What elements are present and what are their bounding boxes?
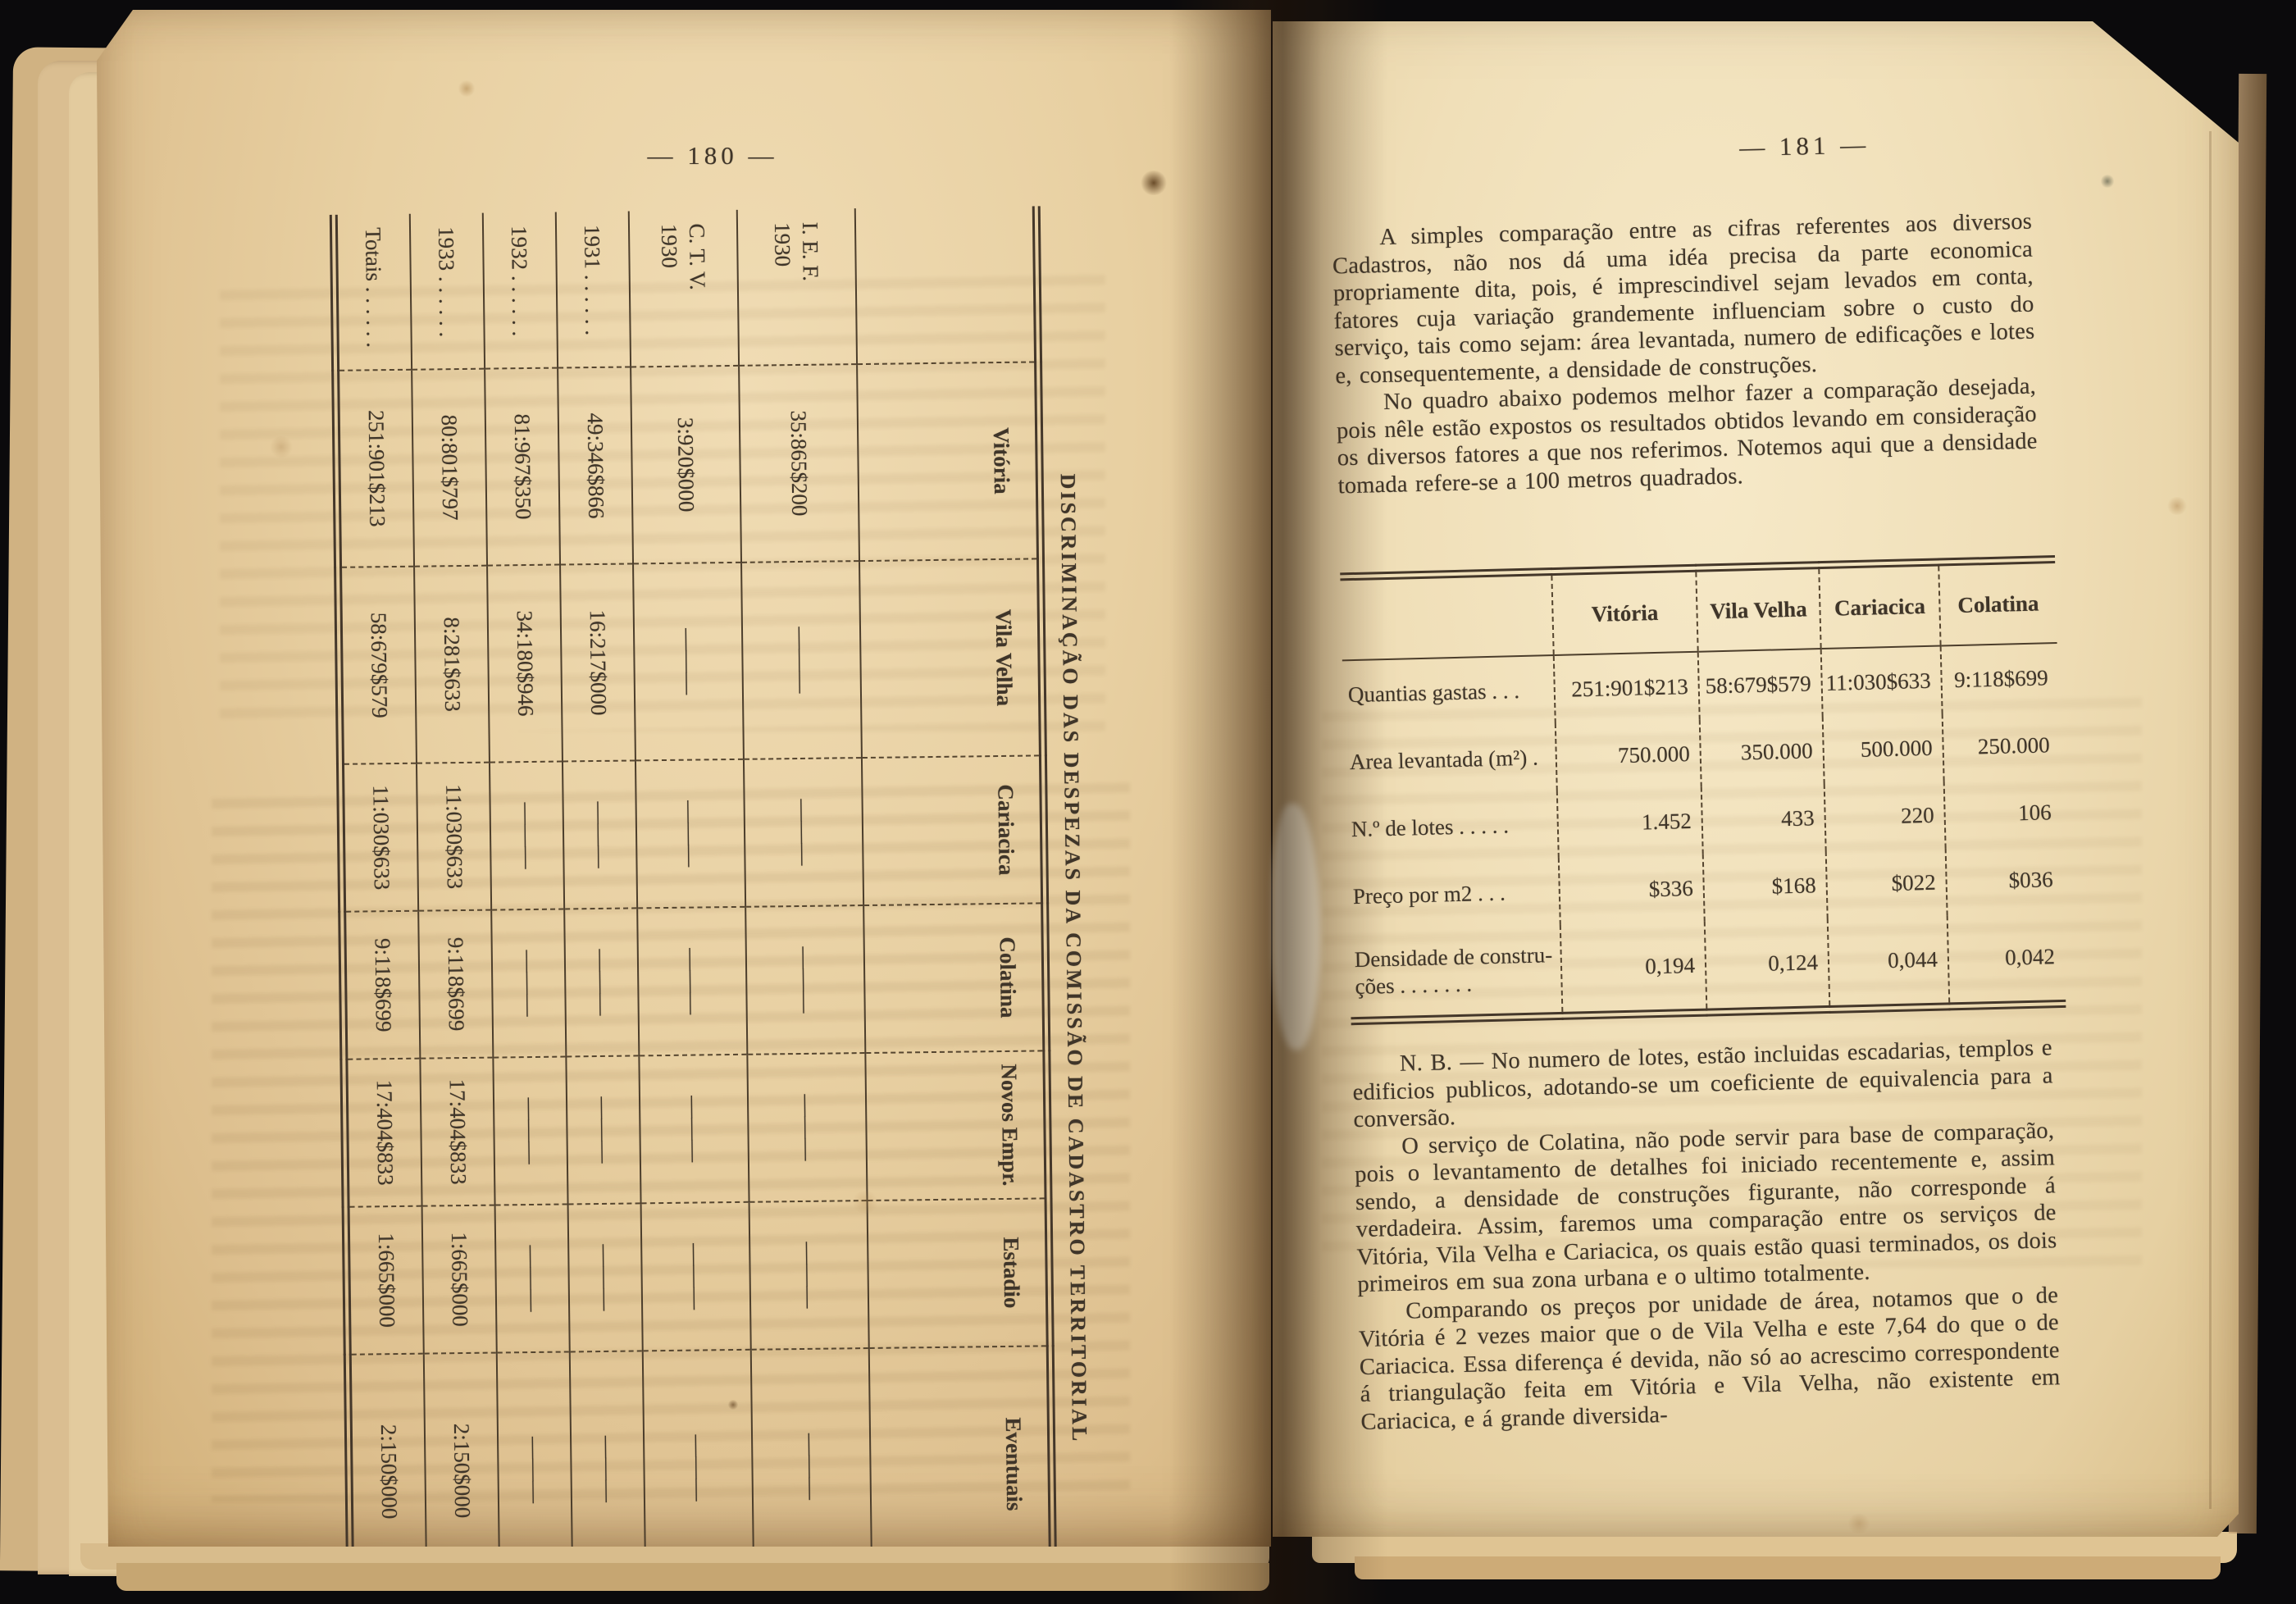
page-number-180: — 180 — xyxy=(585,141,840,171)
cell: 0,042 xyxy=(1947,913,2066,1006)
cell: 250.000 xyxy=(1943,711,2061,781)
book-spread-photo: { "left_page": { "page_number": "— 180 —… xyxy=(0,0,2296,1604)
cell: 350.000 xyxy=(1700,717,1824,787)
expenses-header-estadio: Estadio xyxy=(868,1198,1050,1348)
paragraph: O serviço de Colatina, não pode servir p… xyxy=(1354,1117,2058,1299)
cell: 17:404$833 xyxy=(344,1059,421,1207)
intro-text-block: A simples comparação entre as cifras ref… xyxy=(1332,208,2039,500)
page-number-181: — 181 — xyxy=(1693,129,1916,164)
cell: ——— xyxy=(745,905,865,1055)
cell: 16:217$000 xyxy=(560,563,635,761)
cell: ——— xyxy=(564,908,639,1056)
table-row: I. E. F. 1930 35:865$200 ——— ——— ——— ———… xyxy=(737,208,872,1584)
cell: 500.000 xyxy=(1823,713,1944,784)
cell: 750.000 xyxy=(1556,720,1701,791)
row-label: Quantias gastas . . . xyxy=(1342,655,1556,728)
right-page-content: — 181 — A simples comparação entre as ci… xyxy=(1258,10,2261,1548)
cell: $336 xyxy=(1559,854,1705,925)
cell: 80:801$797 xyxy=(412,369,487,567)
cell: 81:967$350 xyxy=(485,368,560,566)
cell: ——— xyxy=(741,561,862,759)
row-label: C. T. V. 1930 xyxy=(629,210,739,367)
paragraph: No quadro abaixo podemos melhor fazer a … xyxy=(1336,373,2039,500)
expenses-header-colatina: Colatina xyxy=(863,903,1046,1053)
paragraph: A simples comparação entre as cifras ref… xyxy=(1332,208,2036,390)
comparison-header-vila-velha: Vila Velha xyxy=(1696,565,1820,652)
cell: 1.452 xyxy=(1557,787,1703,858)
cell: ——— xyxy=(747,1053,867,1202)
cell: ——— xyxy=(490,762,564,910)
comparison-header-blank xyxy=(1340,572,1553,660)
table-row: C. T. V. 1930 3:920$000 ——— ——— ——— ——— … xyxy=(629,210,754,1585)
cell: 9:118$699 xyxy=(342,911,420,1059)
cell: $168 xyxy=(1703,851,1828,922)
stain xyxy=(269,436,294,458)
comparison-header-cariacica: Cariacica xyxy=(1819,563,1940,649)
cell: 49:346$866 xyxy=(558,367,633,564)
cell: ——— xyxy=(563,760,637,909)
cell: 106 xyxy=(1944,778,2062,848)
expenses-table-rotation: DISCRIMINAÇÃO DAS DESPEZAS DA COMISSÃO D… xyxy=(363,206,1101,1589)
cell: 3:920$000 xyxy=(631,366,741,564)
row-label: Densidade de constru- ções . . . . . . . xyxy=(1349,925,1563,1021)
paragraph: Comparando os preços por unidade de área… xyxy=(1358,1282,2061,1436)
cell: $036 xyxy=(1946,845,2064,915)
cell: 58:679$579 xyxy=(1698,649,1823,720)
expenses-header-cariacica: Cariacica xyxy=(862,755,1045,905)
cell: ——— xyxy=(566,1055,640,1204)
notes-text-block: N. B. — No numero de lotes, estão inclui… xyxy=(1351,1034,2061,1436)
cell: 9:118$699 xyxy=(418,910,493,1059)
cell: 11:030$633 xyxy=(340,763,418,912)
expenses-header-vila-velha: Vila Velha xyxy=(859,558,1043,758)
cell: 251:901$213 xyxy=(335,370,414,567)
cell: $022 xyxy=(1826,848,1947,918)
stain xyxy=(458,80,476,97)
row-label: I. E. F. 1930 xyxy=(737,208,857,366)
cell: 251:901$213 xyxy=(1554,652,1700,723)
cell: 9:118$699 xyxy=(1941,643,2059,713)
expenses-header-vitoria: Vitória xyxy=(857,362,1041,561)
expenses-table-rotated-container: DISCRIMINAÇÃO DAS DESPEZAS DA COMISSÃO D… xyxy=(371,210,1093,1584)
cell: 1:665$000 xyxy=(346,1206,424,1355)
expenses-table: Vitória Vila Velha Cariacica Colatina No… xyxy=(330,206,1057,1588)
row-label: N.º de lotes . . . . . xyxy=(1346,791,1559,863)
cell: 11:030$633 xyxy=(417,763,491,911)
cell: 0,194 xyxy=(1560,922,1707,1016)
cell: ——— xyxy=(568,1203,643,1351)
cell: ——— xyxy=(749,1201,869,1350)
cell: 35:865$200 xyxy=(739,364,859,563)
row-label: 1932 . . . . . . xyxy=(483,212,558,369)
table-row: Densidade de constru- ções . . . . . . .… xyxy=(1349,913,2066,1021)
left-page: — 180 — DISCRIMINAÇÃO DAS DESPEZAS DA CO… xyxy=(97,10,1271,1547)
cell: ——— xyxy=(637,907,747,1056)
cell: 8:281$633 xyxy=(414,566,490,763)
comparison-table-container: Vitória Vila Velha Cariacica Colatina Qu… xyxy=(1340,555,2066,1025)
page-stack-edge-bottom xyxy=(116,1563,1269,1591)
cell: 58:679$579 xyxy=(338,567,417,764)
row-label: 1933 . . . . . . xyxy=(410,213,485,370)
cell: ——— xyxy=(639,1055,749,1204)
comparison-header-vitoria: Vitória xyxy=(1551,568,1697,655)
expenses-header-blank xyxy=(855,206,1038,364)
cell: 1:665$000 xyxy=(422,1205,497,1354)
cell: 11:030$633 xyxy=(1821,645,1943,717)
cell: ——— xyxy=(744,758,863,907)
expenses-header-novos-empr: Novos Empr. xyxy=(865,1050,1048,1201)
expenses-header-row: Vitória Vila Velha Cariacica Colatina No… xyxy=(855,206,1053,1583)
cell: ——— xyxy=(495,1204,570,1352)
cell: ——— xyxy=(491,909,566,1058)
right-page: — 181 — A simples comparação entre as ci… xyxy=(1273,21,2239,1537)
cell: ——— xyxy=(493,1056,567,1205)
cell: 34:180$946 xyxy=(487,565,563,763)
page-fold-crease xyxy=(2209,131,2212,1509)
cell: ——— xyxy=(641,1202,751,1351)
cell: 17:404$833 xyxy=(420,1058,494,1206)
cell: 0,124 xyxy=(1705,918,1830,1013)
stain xyxy=(1140,171,1168,195)
row-label: Preço por m2 . . . xyxy=(1347,858,1560,930)
cell: 0,044 xyxy=(1828,915,1950,1009)
comparison-header-colatina: Colatina xyxy=(1938,559,2057,645)
cell: ——— xyxy=(635,759,745,909)
row-label: Totais . . . . . . xyxy=(334,214,412,371)
cell: 220 xyxy=(1824,781,1946,851)
row-label: Area levantada (m²) . xyxy=(1344,723,1557,795)
page-stack-edge-bottom xyxy=(1355,1556,2221,1579)
cell: ——— xyxy=(633,563,744,761)
row-label: 1931 . . . . . . xyxy=(556,211,631,367)
cell: 433 xyxy=(1701,784,1826,854)
comparison-table: Vitória Vila Velha Cariacica Colatina Qu… xyxy=(1340,555,2066,1025)
